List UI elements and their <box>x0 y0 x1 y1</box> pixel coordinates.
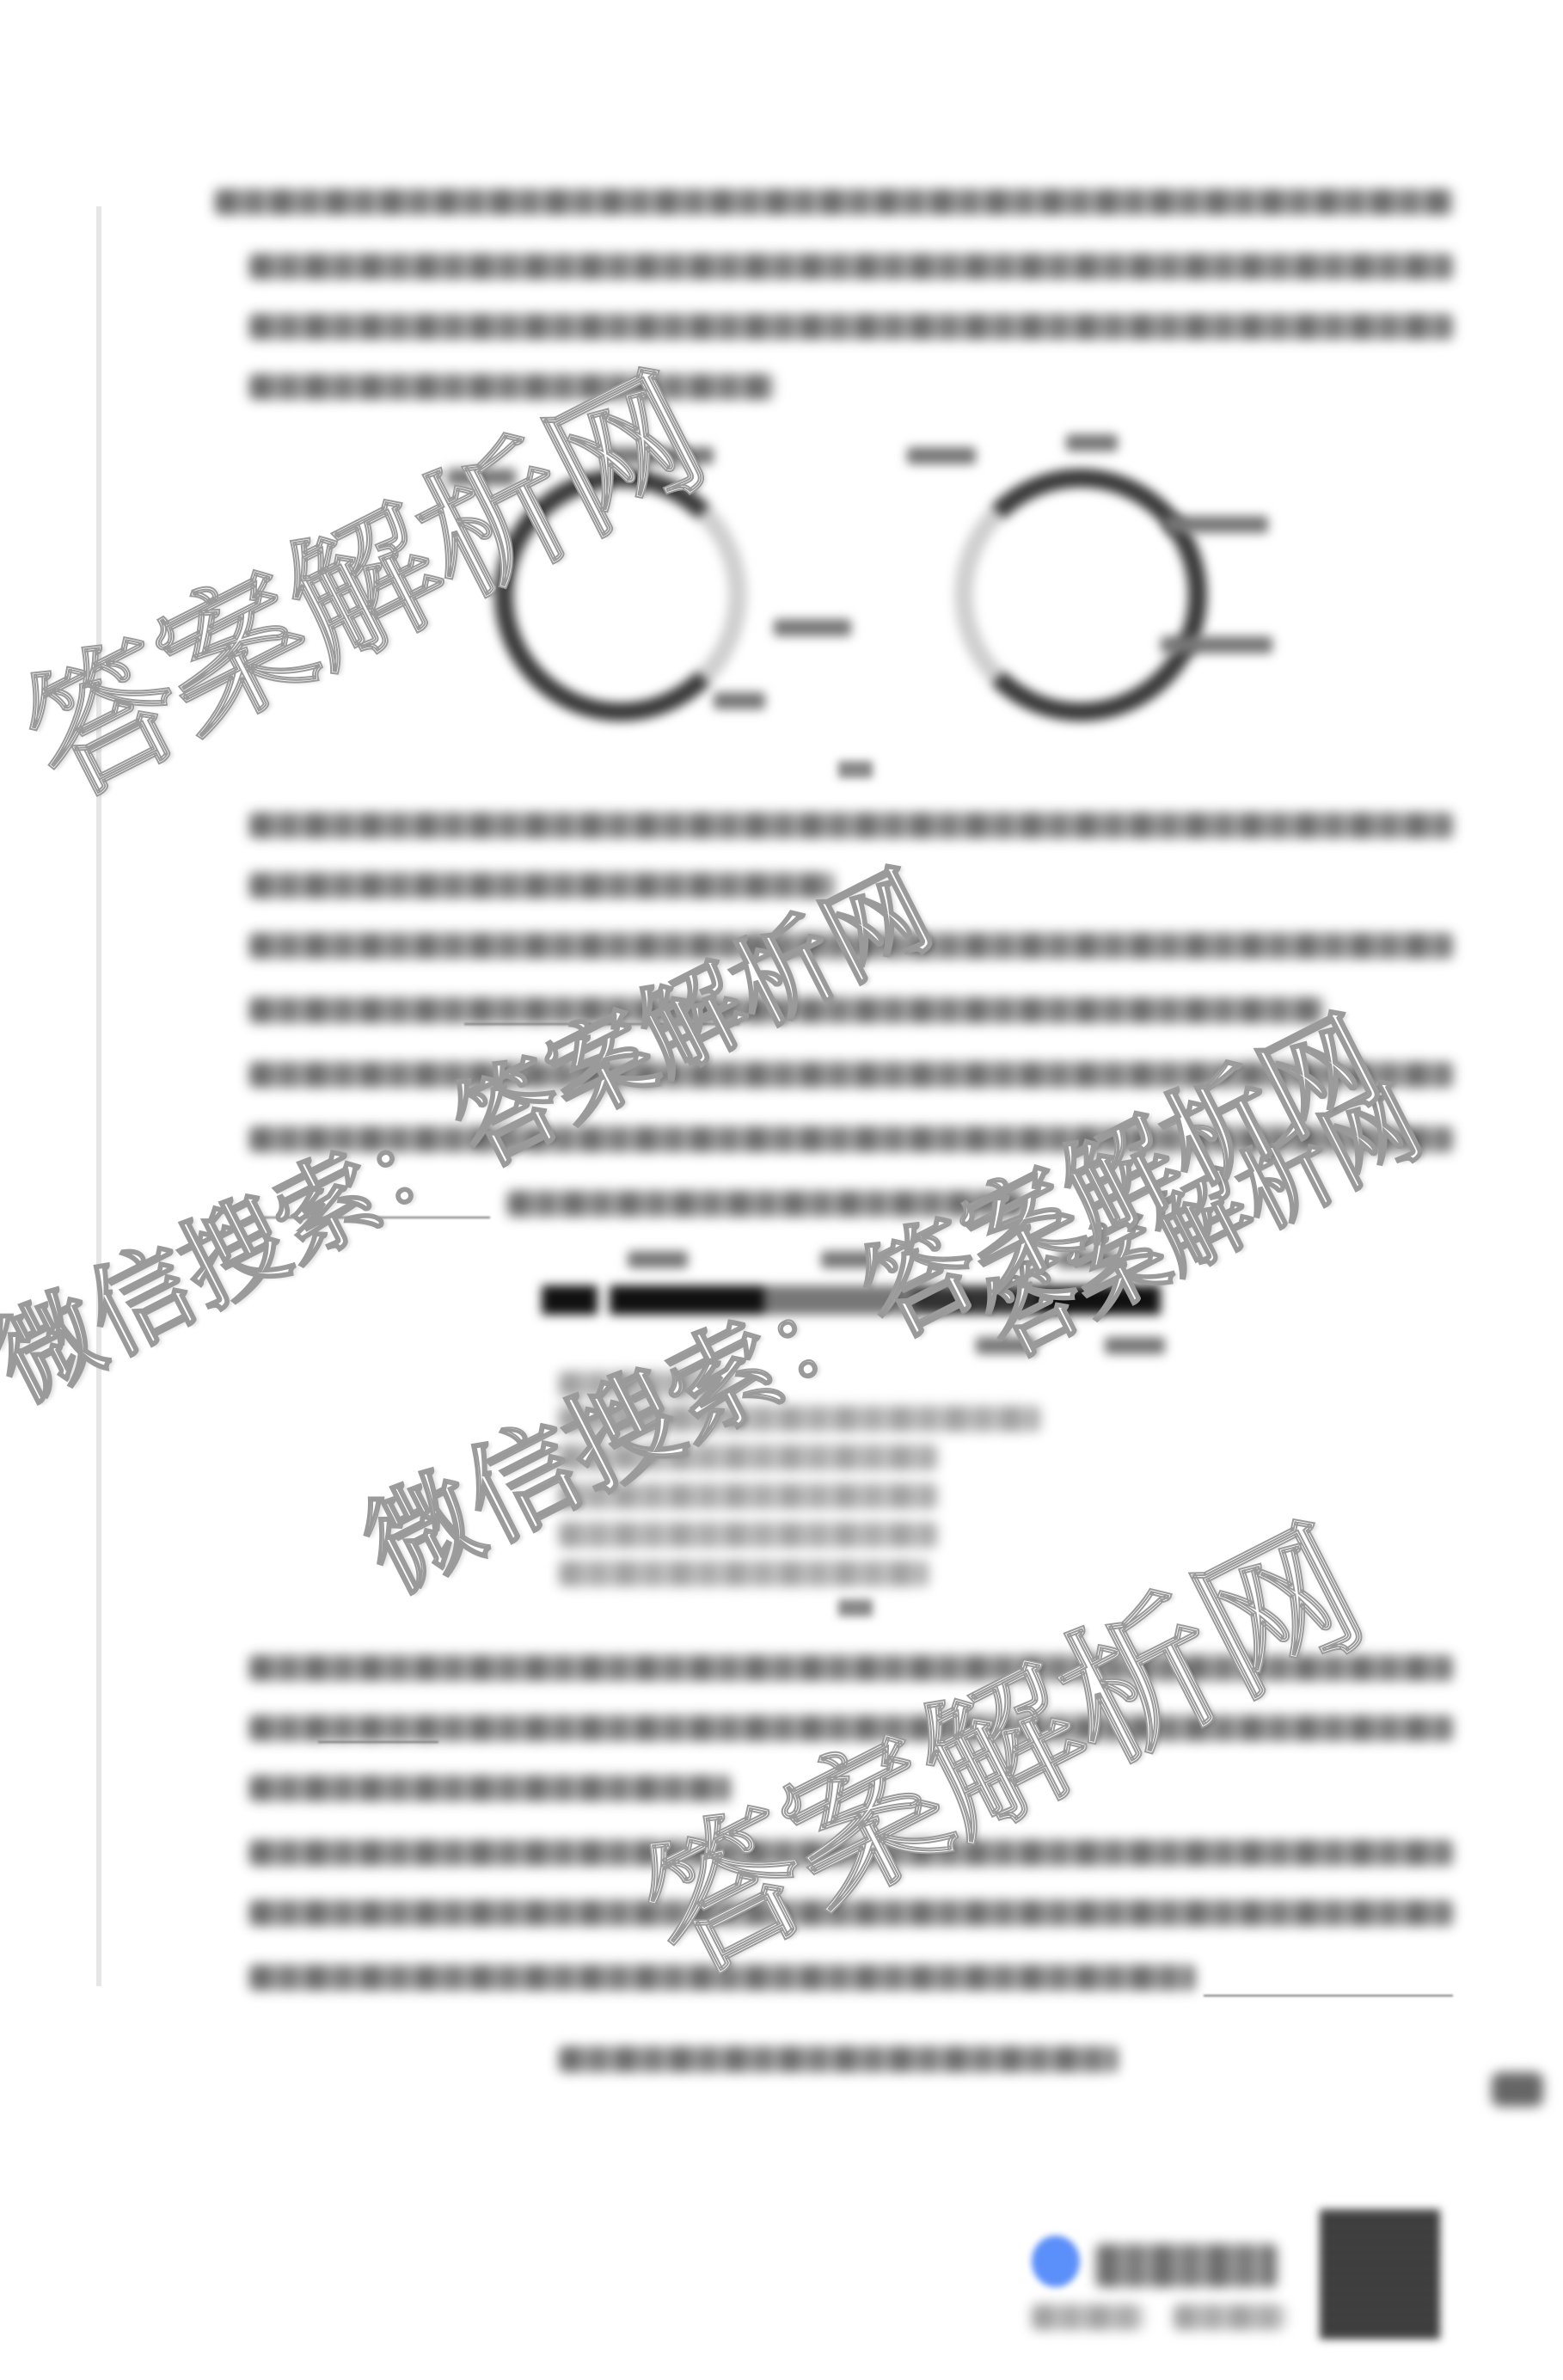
plasmid-label <box>1165 516 1268 533</box>
qr-code <box>1320 2210 1440 2339</box>
scanner-subtitle <box>1032 2304 1143 2330</box>
text-line <box>249 813 1453 838</box>
plasmid-label <box>714 692 765 709</box>
scanner-app-icon <box>1032 2236 1080 2287</box>
table-row <box>559 1561 929 1586</box>
page-corner-mark <box>1492 2072 1543 2107</box>
answer-blank[interactable] <box>318 1741 438 1743</box>
figure-caption <box>838 1599 873 1616</box>
margin-rule <box>96 206 101 1986</box>
scanner-subtitle <box>1174 2304 1285 2330</box>
plasmid-label <box>907 447 976 464</box>
construct-label <box>1105 1337 1165 1354</box>
construct-label <box>628 1251 688 1268</box>
plasmid-label <box>1066 434 1118 451</box>
text-line <box>249 873 834 899</box>
page-footer <box>559 2046 1118 2072</box>
table-row <box>559 1522 937 1548</box>
text-line <box>249 254 1453 279</box>
plasmid-map-right <box>954 469 1207 721</box>
figure-caption <box>838 761 873 778</box>
plasmid-label <box>1161 636 1272 653</box>
text-line <box>215 189 1453 215</box>
scanner-title <box>1096 2244 1277 2287</box>
plasmid-label <box>774 619 851 636</box>
answer-blank[interactable] <box>1204 1995 1453 1997</box>
text-line <box>249 314 1453 340</box>
